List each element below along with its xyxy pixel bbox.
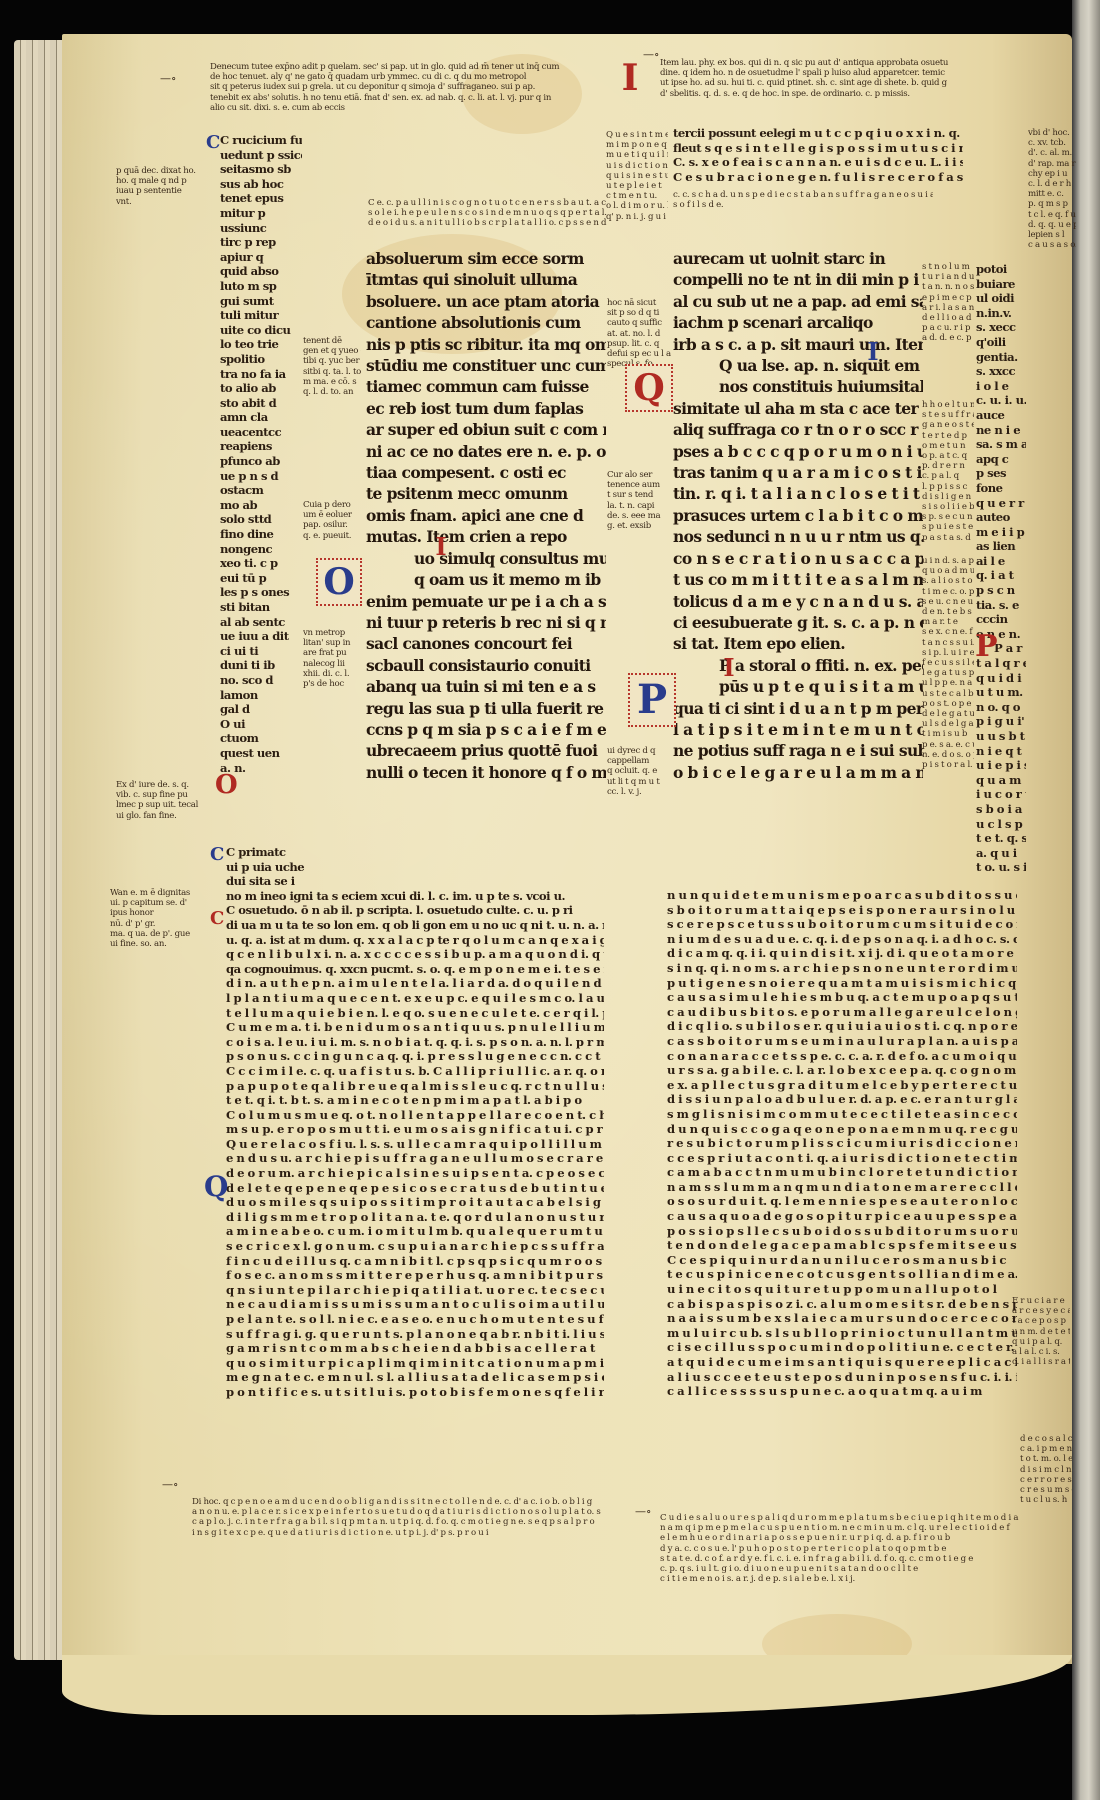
margin-note: tenent dē gen et q yueo d tibi q. yuc be… xyxy=(303,336,361,397)
pointer-mark: —∘ xyxy=(162,1478,178,1491)
far-right-gloss: u i n d. s. a p e c q u o a d m u t s. a… xyxy=(922,556,974,770)
far-right-gloss: E r u c i a r e a r c e s y e c a l t a … xyxy=(1012,1296,1070,1367)
page-stack-edges xyxy=(14,40,64,1660)
illuminated-initial-q: Q xyxy=(625,364,673,412)
right-top-text: tercii possunt eelegi m u t c c p q i u … xyxy=(673,126,963,184)
illuminated-initial-p: P xyxy=(628,673,676,727)
initial-letter-o: O xyxy=(215,770,237,800)
bottom-gloss-right: C u d i e s a l u o u r e s p a l i q d … xyxy=(660,1513,1020,1584)
pointer-mark: —∘ xyxy=(643,48,659,61)
pointer-mark: —∘ xyxy=(160,72,176,85)
center-main-column: absoluerum sim ecce sorm ītmtas qui sino… xyxy=(366,248,606,783)
initial-letter-c: C xyxy=(210,845,224,865)
initial-letter-c xyxy=(200,125,214,145)
margin-note: Ex d' iure de. s. q. vib. c. sup fine pu… xyxy=(116,780,201,821)
page-bottom-edge xyxy=(62,1655,1072,1715)
initial-letter-i: I xyxy=(433,535,449,559)
initial-letter-q: Q xyxy=(204,1172,226,1202)
right-top-gloss: c. c. s c h a d. u n s p e d i e c s t a… xyxy=(673,190,933,210)
far-right-gloss: h h o e l t u m s t e s u f f r a g a n … xyxy=(922,400,974,543)
right-main-column: aurecam ut uolnit starc in compelli no t… xyxy=(673,248,923,783)
initial-letter-i: I xyxy=(615,58,645,98)
far-right-gloss: s t n o l u m t u r i a n d u t a n. n. … xyxy=(922,262,974,344)
center-gloss-note: Cur alo ser tenence aum t sur s tend la.… xyxy=(607,470,672,531)
far-right-gloss: vbi d' hoc. c. xv. tcb. d'. c. al. m. d'… xyxy=(1028,128,1076,250)
center-gloss-top: C e. c. p a u l l i n i s c o g n o t u … xyxy=(368,198,608,229)
facing-page-edge xyxy=(1072,0,1100,1800)
lower-right-text: n u n q u i d e t e m u n i s m e p o a … xyxy=(667,888,1017,1399)
top-gloss-left: Denecum tutee exp̄no adit p quelam. sec'… xyxy=(210,62,610,113)
far-right-column: potoi buiare ul oidi n.in.v. s. xecc q'o… xyxy=(976,262,1026,875)
far-right-gloss: d e c o s a l c c a. i p m e n c t o t. … xyxy=(1020,1434,1072,1505)
illuminated-initial-o: O xyxy=(316,558,362,606)
right-gloss-top: Q u e s i n t m e m i m p o n e q a i l … xyxy=(606,130,668,222)
margin-note: vn metrop litan' sup in are frat pu nale… xyxy=(303,628,361,689)
initial-letter-i: I xyxy=(721,656,737,680)
margin-note: p quā dec. dixat ho. ho. q male q nd p i… xyxy=(116,166,196,207)
left-column-text: C rucicium fuisse uedunt p ssicones seit… xyxy=(220,133,302,775)
center-gloss-note: hoc nā sicut sit p so d q ti cauto q suf… xyxy=(607,298,677,369)
initial-letter-i: I xyxy=(865,340,881,364)
pointer-mark: —∘ xyxy=(635,1505,651,1518)
initial-letter-p: P xyxy=(975,632,997,662)
margin-note: Cuia p dero um ē eoluer pap. osilur. q. … xyxy=(303,500,361,541)
top-gloss-right: Item lau. phy. ex bos. qui di n. q sic p… xyxy=(660,58,1060,99)
center-gloss-note: ui dyrec d q cappellam q ocluit. q. e ut… xyxy=(607,746,672,797)
margin-note: Wan e. m ē dignitas ui. p capitum se. d'… xyxy=(110,888,202,949)
lower-left-text: C primatc ui p uia uche dui sita se i no… xyxy=(226,845,604,1400)
bottom-gloss-left: Di hoc. q c p e n o e a m d u c e n d o … xyxy=(192,1497,602,1538)
initial-letter-c: C xyxy=(210,909,224,929)
